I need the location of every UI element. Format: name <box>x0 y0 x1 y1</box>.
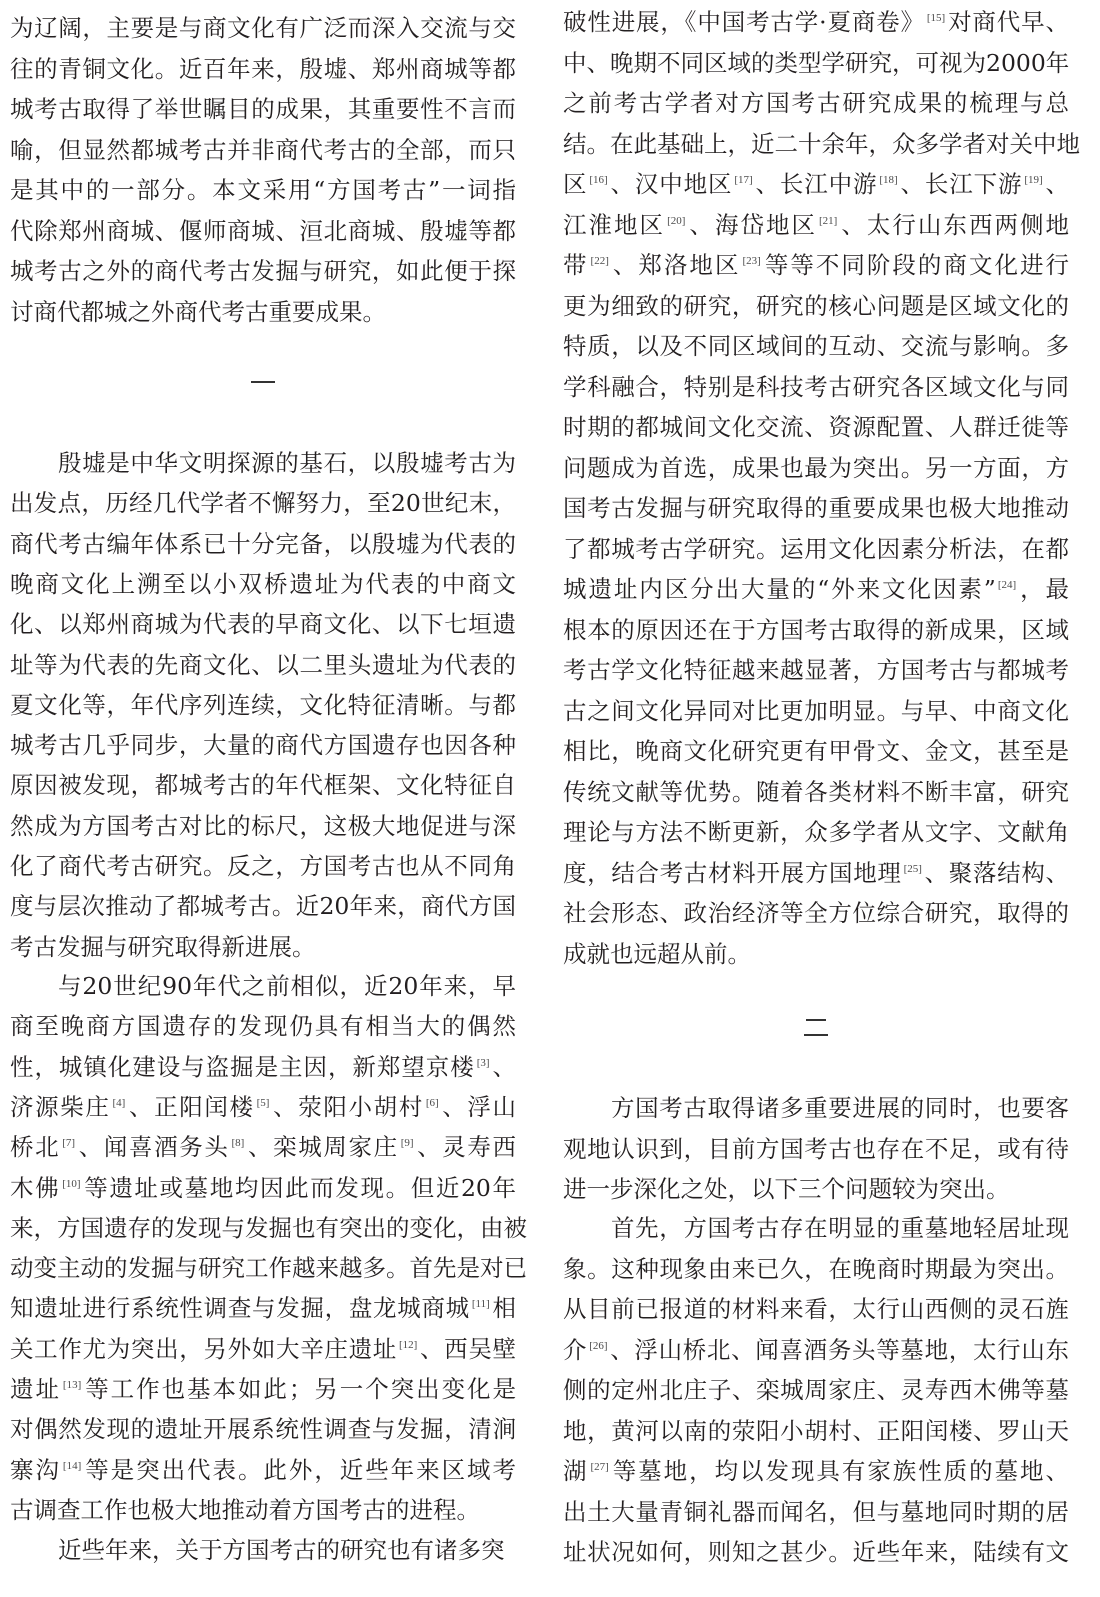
text-segment: 、正阳闰楼 <box>127 1093 254 1121</box>
text-line: 结。在此基础上，近二十余年，众多学者对关中地 <box>563 124 1069 164</box>
text-segment: 等是突出代表。此外，近些年来区域考 <box>83 1456 516 1484</box>
citation-ref[interactable]: [23] <box>740 255 762 267</box>
text-segment: 成就也远超从前。 <box>563 940 751 968</box>
text-segment: 木佛 <box>10 1174 60 1202</box>
text-line: 从目前已报道的材料来看，太行山西侧的灵石旌 <box>563 1289 1069 1329</box>
text-line: 代除郑州商城、偃师商城、洹北商城、殷墟等都 <box>10 211 516 251</box>
text-segment: 、闻喜酒务头 <box>77 1133 229 1161</box>
citation-ref[interactable]: [17] <box>732 174 754 186</box>
text-segment: 与20世纪90年代之前相似，近20年来，早 <box>58 972 516 1000</box>
text-line: 讨商代都城之外商代考古重要成果。 <box>10 292 516 332</box>
text-segment: 、太行山东西两侧地 <box>839 211 1069 239</box>
citation-ref[interactable]: [27] <box>588 1461 610 1473</box>
text-segment: 象。这种现象由来已久，在晚商时期最为突出。 <box>563 1255 1069 1283</box>
text-segment: 观地认识到，目前方国考古也存在不足，或有待 <box>563 1135 1069 1163</box>
text-line: 侧的定州北庄子、栾城周家庄、灵寿西木佛等墓 <box>563 1370 1069 1410</box>
text-segment: 、西吴壁 <box>419 1335 516 1363</box>
text-segment: 方国考古取得诸多重要进展的同时，也要客 <box>611 1094 1069 1122</box>
text-segment: 济源柴庄 <box>10 1093 111 1121</box>
text-line: 化、以郑州商城为代表的早商文化、以下七垣遗 <box>10 604 516 644</box>
text-segment: 、 <box>492 1053 516 1081</box>
text-line: 喻，但显然都城考古并非商代考古的全部，而只 <box>10 130 516 170</box>
text-line: 往的青铜文化。近百年来，殷墟、郑州商城等都 <box>10 49 516 89</box>
text-segment: 、 <box>1045 170 1069 198</box>
text-segment: 等遗址或墓地均因此而发现。但近20年 <box>83 1174 516 1202</box>
text-segment: 相比，晚商文化研究更有甲骨文、金文，甚至是 <box>563 737 1069 765</box>
text-line: 带[22]、郑洛地区[23]等等不同阶段的商文化进行 <box>563 245 1069 285</box>
citation-ref[interactable]: [7] <box>60 1137 77 1149</box>
text-line: 度与层次推动了都城考古。近20年来，商代方国 <box>10 886 516 926</box>
text-line: 然成为方国考古对比的标尺，这极大地促进与深 <box>10 806 516 846</box>
citation-ref[interactable]: [22] <box>589 255 611 267</box>
text-segment: 出土大量青铜礼器而闻名，但与墓地同时期的居 <box>563 1498 1069 1526</box>
heading-numeral-one <box>251 370 275 394</box>
text-line: 象。这种现象由来已久，在晚商时期最为突出。 <box>563 1249 1069 1289</box>
text-line: 湖[27]等墓地，均以发现具有家族性质的墓地、 <box>563 1451 1069 1491</box>
citation-ref[interactable]: [19] <box>1022 174 1044 186</box>
text-line: 晚商文化上溯至以小双桥遗址为代表的中商文 <box>10 564 516 604</box>
text-segment: 破性进展，《中国考古学·夏商卷》 <box>563 8 925 36</box>
text-line: 济源柴庄[4]、正阳闰楼[5]、荥阳小胡村[6]、浮山 <box>10 1087 516 1127</box>
text-segment: 等工作也基本如此；另一个突出变化是 <box>83 1375 516 1403</box>
text-segment: 、浮山 <box>441 1093 516 1121</box>
text-line: 更为细致的研究，研究的核心问题是区域文化的 <box>563 286 1069 326</box>
text-line: 遗址[13]等工作也基本如此；另一个突出变化是 <box>10 1369 516 1409</box>
text-segment: 江淮地区 <box>563 211 665 239</box>
text-segment: 社会形态、政治经济等全方位综合研究，取得的 <box>563 899 1069 927</box>
text-line: 问题成为首选，成果也最为突出。另一方面，方 <box>563 448 1069 488</box>
text-line: 考古学文化特征越来越显著，方国考古与都城考 <box>563 650 1069 690</box>
citation-ref[interactable]: [16] <box>587 174 609 186</box>
text-segment: 之前考古学者对方国考古研究成果的梳理与总 <box>563 89 1069 117</box>
text-line: 址状况如何，则知之甚少。近些年来，陆续有文 <box>563 1532 1069 1572</box>
text-line: 首先，方国考古存在明显的重墓地轻居址现 <box>563 1208 1069 1248</box>
citation-ref[interactable]: [15] <box>925 12 947 24</box>
citation-ref[interactable]: [25] <box>902 863 924 875</box>
text-segment: 城遗址内区分出大量的“外来文化因素” <box>563 575 996 603</box>
text-segment: 根本的原因还在于方国考古取得的新成果，区域 <box>563 616 1069 644</box>
text-segment: 了都城考古学研究。运用文化因素分析法，在都 <box>563 535 1069 563</box>
text-segment: 址状况如何，则知之甚少。近些年来，陆续有文 <box>563 1538 1069 1566</box>
text-segment: 考古学文化特征越来越显著，方国考古与都城考 <box>563 656 1069 684</box>
text-segment: 、灵寿西 <box>416 1133 517 1161</box>
text-line: 城遗址内区分出大量的“外来文化因素”[24]，最 <box>563 569 1069 609</box>
text-line: 了都城考古学研究。运用文化因素分析法，在都 <box>563 529 1069 569</box>
text-segment: 时期的都城间文化交流、资源配置、人群迁徙等 <box>563 413 1069 441</box>
text-segment: 、荥阳小胡村 <box>271 1093 423 1121</box>
citation-ref[interactable]: [20] <box>665 215 687 227</box>
text-line: 介[26]、浮山桥北、闻喜酒务头等墓地，太行山东 <box>563 1330 1069 1370</box>
text-line: 关工作尤为突出，另外如大辛庄遗址[12]、西吴壁 <box>10 1329 516 1369</box>
text-line: 区[16]、汉中地区[17]、长江中游[18]、长江下游[19]、 <box>563 164 1069 204</box>
text-segment: 从目前已报道的材料来看，太行山西侧的灵石旌 <box>563 1295 1069 1323</box>
citation-ref[interactable]: [21] <box>817 215 839 227</box>
section-heading-two: 二 <box>563 1005 1069 1045</box>
text-line: 夏文化等，年代序列连续，文化特征清晰。与都 <box>10 685 516 725</box>
text-segment: 、海岱地区 <box>687 211 817 239</box>
text-line: 与20世纪90年代之前相似，近20年来，早 <box>10 966 516 1006</box>
text-segment: 特质，以及不同区域间的互动、交流与影响。多 <box>563 332 1069 360</box>
text-segment: 度，结合考古材料开展方国地理 <box>563 859 902 887</box>
text-segment: 介 <box>563 1336 587 1364</box>
text-segment: 对偶然发现的遗址开展系统性调查与发掘，清涧 <box>10 1415 516 1443</box>
text-segment: 带 <box>563 251 589 279</box>
text-line: 木佛[10]等遗址或墓地均因此而发现。但近20年 <box>10 1168 516 1208</box>
text-line: 中、晚期不同区域的类型学研究，可视为2000年 <box>563 43 1069 83</box>
text-segment: 关工作尤为突出，另外如大辛庄遗址 <box>10 1335 397 1363</box>
text-line: 寨沟[14]等是突出代表。此外，近些年来区域考 <box>10 1450 516 1490</box>
citation-ref[interactable]: [24] <box>996 579 1018 591</box>
text-line: 殷墟是中华文明探源的基石，以殷墟考古为 <box>10 443 516 483</box>
text-segment: 国考古发掘与研究取得的重要成果也极大地推动 <box>563 494 1069 522</box>
citation-ref[interactable]: [13] <box>61 1379 83 1391</box>
citation-ref[interactable]: [9] <box>399 1137 416 1149</box>
citation-ref[interactable]: [18] <box>877 174 899 186</box>
citation-ref[interactable]: [6] <box>424 1097 441 1109</box>
text-line: 原因被发现，都城考古的年代框架、文化特征自 <box>10 765 516 805</box>
citation-ref[interactable]: [11] <box>470 1298 492 1310</box>
text-segment: 侧的定州北庄子、栾城周家庄、灵寿西木佛等墓 <box>563 1376 1069 1404</box>
text-line: 址等为代表的先商文化、以二里头遗址为代表的 <box>10 645 516 685</box>
text-line: 根本的原因还在于方国考古取得的新成果，区域 <box>563 610 1069 650</box>
text-line: 出土大量青铜礼器而闻名，但与墓地同时期的居 <box>563 1492 1069 1532</box>
text-segment: 、浮山桥北、闻喜酒务头等墓地，太行山东 <box>610 1336 1070 1364</box>
text-segment: 进一步深化之处，以下三个问题较为突出。 <box>563 1175 1010 1203</box>
text-line: 城考古取得了举世瞩目的成果，其重要性不言而 <box>10 89 516 129</box>
text-segment: 知遗址进行系统性调查与发掘，盘龙城商城 <box>10 1294 470 1322</box>
text-line: 商至晚商方国遗存的发现仍具有相当大的偶然 <box>10 1006 516 1046</box>
text-line: 社会形态、政治经济等全方位综合研究，取得的 <box>563 893 1069 933</box>
text-segment: 等等不同阶段的商文化进行 <box>763 251 1069 279</box>
text-line: 城考古之外的商代考古发掘与研究，如此便于探 <box>10 251 516 291</box>
text-segment: 问题成为首选，成果也最为突出。另一方面，方 <box>563 454 1069 482</box>
text-segment: 更为细致的研究，研究的核心问题是区域文化的 <box>563 292 1069 320</box>
heading-numeral-two <box>804 1015 828 1039</box>
text-segment: 、栾城周家庄 <box>246 1133 398 1161</box>
text-line: 动变主动的发掘与研究工作越来越多。首先是对已 <box>10 1248 516 1288</box>
text-line: 度，结合考古材料开展方国地理[25]、聚落结构、 <box>563 853 1069 893</box>
text-segment: 传统文献等优势。随着各类材料不断丰富，研究 <box>563 778 1069 806</box>
citation-ref[interactable]: [14] <box>61 1460 83 1472</box>
text-segment: 、长江中游 <box>755 170 878 198</box>
text-segment: 、汉中地区 <box>610 170 733 198</box>
text-line: 传统文献等优势。随着各类材料不断丰富，研究 <box>563 772 1069 812</box>
text-line: 古之间文化异同对比更加明显。与早、中商文化 <box>563 691 1069 731</box>
text-line: 考古发掘与研究取得新进展。 <box>10 927 516 967</box>
text-segment: 古调查工作也极大地推动着方国考古的进程。 <box>10 1496 480 1524</box>
text-line: 出发点，历经几代学者不懈努力，至20世纪末， <box>10 483 516 523</box>
text-segment: 区 <box>563 170 587 198</box>
text-segment: 地，黄河以南的荥阳小胡村、正阳闰楼、罗山天 <box>563 1417 1069 1445</box>
text-segment: 动变主动的发掘与研究工作越来越多。首先是对已 <box>10 1254 527 1282</box>
citation-ref[interactable]: [26] <box>587 1340 609 1352</box>
text-line: 破性进展，《中国考古学·夏商卷》[15]对商代早、 <box>563 2 1069 42</box>
text-segment: 中、晚期不同区域的类型学研究，可视为2000年 <box>563 49 1069 77</box>
citation-ref[interactable]: [8] <box>229 1137 246 1149</box>
text-line: 相比，晚商文化研究更有甲骨文、金文，甚至是 <box>563 731 1069 771</box>
text-line: 理论与方法不断更新，众多学者从文字、文献角 <box>563 812 1069 852</box>
section-heading-one: 一 <box>10 360 516 400</box>
text-segment: 古之间文化异同对比更加明显。与早、中商文化 <box>563 697 1069 725</box>
text-segment: 理论与方法不断更新，众多学者从文字、文献角 <box>563 818 1069 846</box>
text-line: 古调查工作也极大地推动着方国考古的进程。 <box>10 1490 516 1530</box>
text-line: 学科融合，特别是科技考古研究各区域文化与同 <box>563 367 1069 407</box>
text-segment: 等墓地，均以发现具有家族性质的墓地、 <box>611 1457 1069 1485</box>
citation-ref[interactable]: [4] <box>111 1097 128 1109</box>
citation-ref[interactable]: [3] <box>475 1057 492 1069</box>
text-segment: 商至晚商方国遗存的发现仍具有相当大的偶然 <box>10 1012 516 1040</box>
citation-ref[interactable]: [5] <box>255 1097 272 1109</box>
text-line: 来，方国遗存的发现与发掘也有突出的变化，由被 <box>10 1208 516 1248</box>
text-line: 对偶然发现的遗址开展系统性调查与发掘，清涧 <box>10 1409 516 1449</box>
text-segment: 遗址 <box>10 1375 61 1403</box>
paragraph-research-start: 近些年来，关于方国考古的研究也有诸多突 <box>10 1530 516 1570</box>
text-line: 进一步深化之处，以下三个问题较为突出。 <box>563 1169 1069 1209</box>
text-line: 成就也远超从前。 <box>563 934 1069 974</box>
text-segment: 、郑洛地区 <box>611 251 741 279</box>
text-line: 江淮地区[20]、海岱地区[21]、太行山东西两侧地 <box>563 205 1069 245</box>
text-segment: 首先，方国考古存在明显的重墓地轻居址现 <box>611 1214 1069 1242</box>
text-line: 性，城镇化建设与盗掘是主因，新郑望京楼[3]、 <box>10 1047 516 1087</box>
text-line: 为辽阔，主要是与商文化有广泛而深入交流与交 <box>10 8 516 48</box>
text-segment: 来，方国遗存的发现与发掘也有突出的变化，由被 <box>10 1214 527 1242</box>
text-segment: 桥北 <box>10 1133 60 1161</box>
text-line: 知遗址进行系统性调查与发掘，盘龙城商城[11]相 <box>10 1288 516 1328</box>
text-line: 方国考古取得诸多重要进展的同时，也要客 <box>563 1088 1069 1128</box>
text-segment: 结。在此基础上，近二十余年，众多学者对关中地 <box>563 130 1080 158</box>
text-line: 特质，以及不同区域间的互动、交流与影响。多 <box>563 326 1069 366</box>
text-segment: 相 <box>492 1294 516 1322</box>
text-line: 时期的都城间文化交流、资源配置、人群迁徙等 <box>563 407 1069 447</box>
text-segment: 学科融合，特别是科技考古研究各区域文化与同 <box>563 373 1069 401</box>
text-line: 之前考古学者对方国考古研究成果的梳理与总 <box>563 83 1069 123</box>
text-line: 城考古几乎同步，大量的商代方国遗存也因各种 <box>10 725 516 765</box>
text-line: 地，黄河以南的荥阳小胡村、正阳闰楼、罗山天 <box>563 1411 1069 1451</box>
text-line: 化了商代考古研究。反之，方国考古也从不同角 <box>10 846 516 886</box>
text-segment: 对商代早、 <box>947 8 1069 36</box>
text-segment: 湖 <box>563 1457 588 1485</box>
text-line: 是其中的一部分。本文采用“方国考古”一词指 <box>10 170 516 210</box>
text-segment: ，最 <box>1018 575 1069 603</box>
text-segment: 、聚落结构、 <box>924 859 1069 887</box>
text-line: 桥北[7]、闻喜酒务头[8]、栾城周家庄[9]、灵寿西 <box>10 1127 516 1167</box>
citation-ref[interactable]: [12] <box>397 1339 419 1351</box>
text-segment: 寨沟 <box>10 1456 61 1484</box>
text-line: 国考古发掘与研究取得的重要成果也极大地推动 <box>563 488 1069 528</box>
text-segment: 、长江下游 <box>900 170 1023 198</box>
text-segment: 性，城镇化建设与盗掘是主因，新郑望京楼 <box>10 1053 475 1081</box>
citation-ref[interactable]: [10] <box>60 1178 82 1190</box>
text-line: 观地认识到，目前方国考古也存在不足，或有待 <box>563 1129 1069 1169</box>
text-line: 商代考古编年体系已十分完备，以殷墟为代表的 <box>10 524 516 564</box>
